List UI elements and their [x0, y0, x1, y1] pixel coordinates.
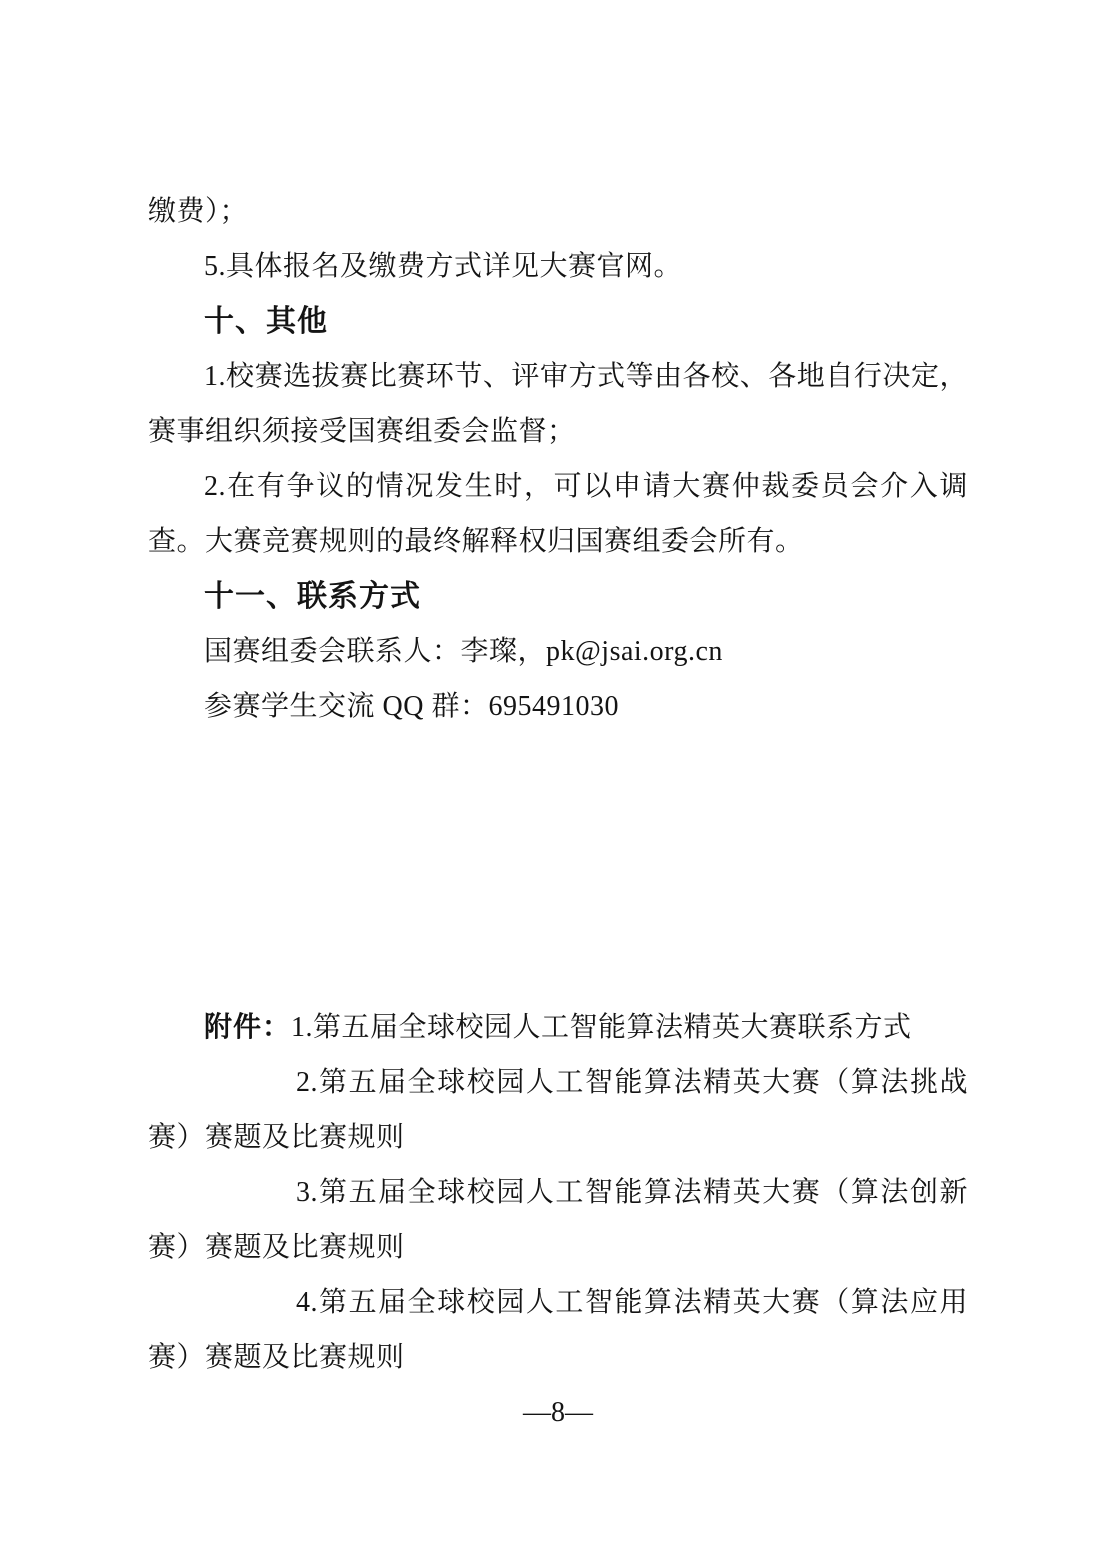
page-number: —8—	[148, 1385, 968, 1440]
attachment-item-1-line: 附件：1.第五届全球校园人工智能算法精英大赛联系方式	[148, 999, 968, 1055]
document-page: 缴费）； 5.具体报名及缴费方式详见大赛官网。 十、其他 1.校赛选拔赛比赛环节…	[0, 0, 1102, 1559]
paragraph-continuation-line: 缴费）；	[148, 184, 968, 239]
paragraph-item-2-line-2: 查。大赛竞赛规则的最终解释权归国赛组委会所有。	[148, 514, 968, 569]
attachment-item-3-line-1: 3.第五届全球校园人工智能算法精英大赛（算法创新	[148, 1165, 968, 1220]
attachment-item-4-line-1: 4.第五届全球校园人工智能算法精英大赛（算法应用	[148, 1275, 968, 1330]
attachment-item-2-line-1: 2.第五届全球校园人工智能算法精英大赛（算法挑战	[148, 1055, 968, 1110]
document-content: 缴费）； 5.具体报名及缴费方式详见大赛官网。 十、其他 1.校赛选拔赛比赛环节…	[148, 0, 968, 1440]
paragraph-item-1-line-1: 1.校赛选拔赛比赛环节、评审方式等由各校、各地自行决定，	[148, 349, 968, 404]
paragraph-item-1-line-2: 赛事组织须接受国赛组委会监督；	[148, 404, 968, 459]
attachment-item-3-line-2: 赛）赛题及比赛规则	[148, 1220, 968, 1275]
vertical-gap	[148, 734, 968, 999]
attachment-item-1-text: 1.第五届全球校园人工智能算法精英大赛联系方式	[291, 1012, 912, 1043]
section-heading-eleven-contact: 十一、联系方式	[148, 569, 968, 624]
attachment-item-2-line-2: 赛）赛题及比赛规则	[148, 1110, 968, 1165]
contact-person-line: 国赛组委会联系人：李璨，pk@jsai.org.cn	[148, 624, 968, 679]
paragraph-item-2-line-1: 2.在有争议的情况发生时，可以申请大赛仲裁委员会介入调	[148, 459, 968, 514]
attachment-label: 附件：	[204, 1011, 291, 1042]
qq-group-line: 参赛学生交流 QQ 群：695491030	[148, 679, 968, 734]
attachment-item-4-line-2: 赛）赛题及比赛规则	[148, 1330, 968, 1385]
paragraph-item-5: 5.具体报名及缴费方式详见大赛官网。	[148, 239, 968, 294]
section-heading-ten-other: 十、其他	[148, 294, 968, 349]
